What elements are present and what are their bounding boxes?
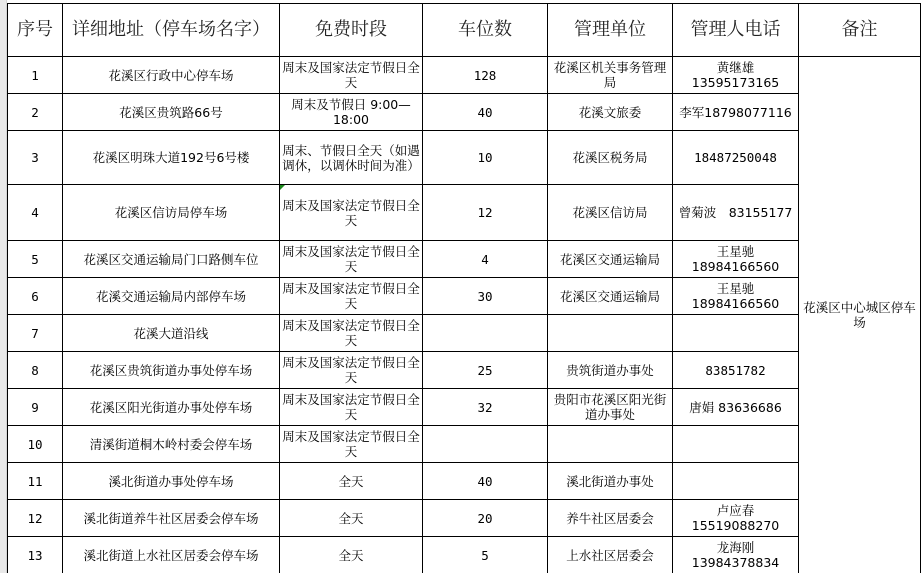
cell-phone[interactable]: 黄继雄13595173165	[673, 57, 799, 94]
cell-unit[interactable]: 花溪区交通运输局	[548, 241, 673, 278]
cell-free-time[interactable]: 周末及国家法定节假日全天	[280, 278, 423, 315]
cell-unit[interactable]: 花溪区机关事务管理局	[548, 57, 673, 94]
table-row: 6 花溪交通运输局内部停车场 周末及国家法定节假日全天 30 花溪区交通运输局 …	[8, 278, 921, 315]
cell-unit[interactable]: 养牛社区居委会	[548, 500, 673, 537]
parking-table: 序号 详细地址（停车场名字） 免费时段 车位数 管理单位 管理人电话 备注 1 …	[7, 3, 921, 573]
cell-no[interactable]: 3	[8, 131, 63, 185]
cell-address[interactable]: 花溪区信访局停车场	[63, 185, 280, 241]
header-spaces[interactable]: 车位数	[423, 4, 548, 57]
cell-address[interactable]: 溪北街道养牛社区居委会停车场	[63, 500, 280, 537]
cell-free-time[interactable]: 全天	[280, 537, 423, 573]
cell-address[interactable]: 清溪街道桐木岭村委会停车场	[63, 426, 280, 463]
table-row: 3 花溪区明珠大道192号6号楼 周末、节假日全天（如遇调休，以调休时间为准） …	[8, 131, 921, 185]
table-row: 5 花溪区交通运输局门口路侧车位 周末及国家法定节假日全天 4 花溪区交通运输局…	[8, 241, 921, 278]
table-row: 8 花溪区贵筑街道办事处停车场 周末及国家法定节假日全天 25 贵筑街道办事处 …	[8, 352, 921, 389]
cell-no[interactable]: 13	[8, 537, 63, 573]
header-remark[interactable]: 备注	[799, 4, 921, 57]
table-row: 9 花溪区阳光街道办事处停车场 周末及国家法定节假日全天 32 贵阳市花溪区阳光…	[8, 389, 921, 426]
header-no[interactable]: 序号	[8, 4, 63, 57]
cell-spaces[interactable]: 25	[423, 352, 548, 389]
cell-unit[interactable]: 上水社区居委会	[548, 537, 673, 573]
header-unit[interactable]: 管理单位	[548, 4, 673, 57]
cell-spaces[interactable]: 128	[423, 57, 548, 94]
cell-no[interactable]: 2	[8, 94, 63, 131]
cell-free-time[interactable]: 周末及国家法定节假日全天	[280, 241, 423, 278]
cell-phone[interactable]: 83851782	[673, 352, 799, 389]
cell-phone[interactable]: 曾菊波 83155177	[673, 185, 799, 241]
cell-unit[interactable]: 花溪区信访局	[548, 185, 673, 241]
cell-phone[interactable]	[673, 426, 799, 463]
cell-spaces[interactable]	[423, 426, 548, 463]
cell-phone[interactable]	[673, 463, 799, 500]
header-free-time[interactable]: 免费时段	[280, 4, 423, 57]
cell-unit[interactable]: 贵筑街道办事处	[548, 352, 673, 389]
header-phone[interactable]: 管理人电话	[673, 4, 799, 57]
cell-spaces[interactable]: 32	[423, 389, 548, 426]
cell-phone[interactable]	[673, 315, 799, 352]
cell-phone[interactable]: 李军18798077116	[673, 94, 799, 131]
cell-address[interactable]: 花溪区明珠大道192号6号楼	[63, 131, 280, 185]
cell-free-time[interactable]: 全天	[280, 500, 423, 537]
cell-spaces[interactable]: 5	[423, 537, 548, 573]
table-row: 10 清溪街道桐木岭村委会停车场 周末及国家法定节假日全天	[8, 426, 921, 463]
cell-spaces[interactable]	[423, 315, 548, 352]
cell-spaces[interactable]: 40	[423, 94, 548, 131]
cell-unit[interactable]: 花溪区税务局	[548, 131, 673, 185]
cell-free-time[interactable]: 周末及国家法定节假日全天	[280, 57, 423, 94]
cell-phone[interactable]: 卢应春 15519088270	[673, 500, 799, 537]
cell-free-time[interactable]: 周末及国家法定节假日全天	[280, 185, 423, 241]
cell-address[interactable]: 花溪区行政中心停车场	[63, 57, 280, 94]
cell-address[interactable]: 花溪交通运输局内部停车场	[63, 278, 280, 315]
cell-address[interactable]: 花溪区阳光街道办事处停车场	[63, 389, 280, 426]
cell-unit[interactable]	[548, 426, 673, 463]
cell-address[interactable]: 花溪区贵筑街道办事处停车场	[63, 352, 280, 389]
table-row: 13 溪北街道上水社区居委会停车场 全天 5 上水社区居委会 龙海刚 13984…	[8, 537, 921, 573]
cell-no[interactable]: 5	[8, 241, 63, 278]
cell-phone[interactable]: 唐娟 83636686	[673, 389, 799, 426]
cell-phone[interactable]: 王星驰18984166560	[673, 241, 799, 278]
cell-spaces[interactable]: 30	[423, 278, 548, 315]
cell-address[interactable]: 溪北街道上水社区居委会停车场	[63, 537, 280, 573]
cell-no[interactable]: 8	[8, 352, 63, 389]
cell-free-time[interactable]: 周末及国家法定节假日全天	[280, 426, 423, 463]
table-row: 7 花溪大道沿线 周末及国家法定节假日全天	[8, 315, 921, 352]
cell-no[interactable]: 10	[8, 426, 63, 463]
table-row: 11 溪北街道办事处停车场 全天 40 溪北街道办事处	[8, 463, 921, 500]
cell-free-time-text: 周末及国家法定节假日全天	[282, 198, 420, 228]
cell-phone[interactable]: 18487250048	[673, 131, 799, 185]
table-row: 4 花溪区信访局停车场 周末及国家法定节假日全天 12 花溪区信访局 曾菊波 8…	[8, 185, 921, 241]
cell-free-time[interactable]: 周末及国家法定节假日全天	[280, 315, 423, 352]
cell-free-time[interactable]: 周末、节假日全天（如遇调休，以调休时间为准）	[280, 131, 423, 185]
cell-address[interactable]: 花溪大道沿线	[63, 315, 280, 352]
table-row: 1 花溪区行政中心停车场 周末及国家法定节假日全天 128 花溪区机关事务管理局…	[8, 57, 921, 94]
header-address[interactable]: 详细地址（停车场名字）	[63, 4, 280, 57]
cell-no[interactable]: 1	[8, 57, 63, 94]
cell-no[interactable]: 7	[8, 315, 63, 352]
cell-phone[interactable]: 王星驰18984166560	[673, 278, 799, 315]
cell-unit[interactable]: 溪北街道办事处	[548, 463, 673, 500]
cell-no[interactable]: 12	[8, 500, 63, 537]
comment-indicator-icon[interactable]	[280, 185, 285, 190]
cell-spaces[interactable]: 40	[423, 463, 548, 500]
cell-phone[interactable]: 龙海刚 13984378834	[673, 537, 799, 573]
cell-spaces[interactable]: 10	[423, 131, 548, 185]
cell-remark[interactable]: 花溪区中心城区停车场	[799, 57, 921, 573]
table-row: 12 溪北街道养牛社区居委会停车场 全天 20 养牛社区居委会 卢应春 1551…	[8, 500, 921, 537]
cell-spaces[interactable]: 12	[423, 185, 548, 241]
cell-unit[interactable]	[548, 315, 673, 352]
cell-address[interactable]: 花溪区贵筑路66号	[63, 94, 280, 131]
table-row: 2 花溪区贵筑路66号 周末及节假日 9:00—18:00 40 花溪文旅委 李…	[8, 94, 921, 131]
cell-unit[interactable]: 花溪文旅委	[548, 94, 673, 131]
cell-no[interactable]: 9	[8, 389, 63, 426]
cell-spaces[interactable]: 4	[423, 241, 548, 278]
cell-address[interactable]: 溪北街道办事处停车场	[63, 463, 280, 500]
cell-no[interactable]: 4	[8, 185, 63, 241]
cell-unit[interactable]: 贵阳市花溪区阳光街道办事处	[548, 389, 673, 426]
cell-address[interactable]: 花溪区交通运输局门口路侧车位	[63, 241, 280, 278]
header-row: 序号 详细地址（停车场名字） 免费时段 车位数 管理单位 管理人电话 备注	[8, 4, 921, 57]
cell-free-time[interactable]: 周末及节假日 9:00—18:00	[280, 94, 423, 131]
cell-free-time[interactable]: 周末及国家法定节假日全天	[280, 389, 423, 426]
cell-no[interactable]: 6	[8, 278, 63, 315]
cell-free-time[interactable]: 周末及国家法定节假日全天	[280, 352, 423, 389]
cell-free-time[interactable]: 全天	[280, 463, 423, 500]
row-header-gutter	[0, 0, 7, 573]
cell-no[interactable]: 11	[8, 463, 63, 500]
cell-unit[interactable]: 花溪区交通运输局	[548, 278, 673, 315]
cell-spaces[interactable]: 20	[423, 500, 548, 537]
